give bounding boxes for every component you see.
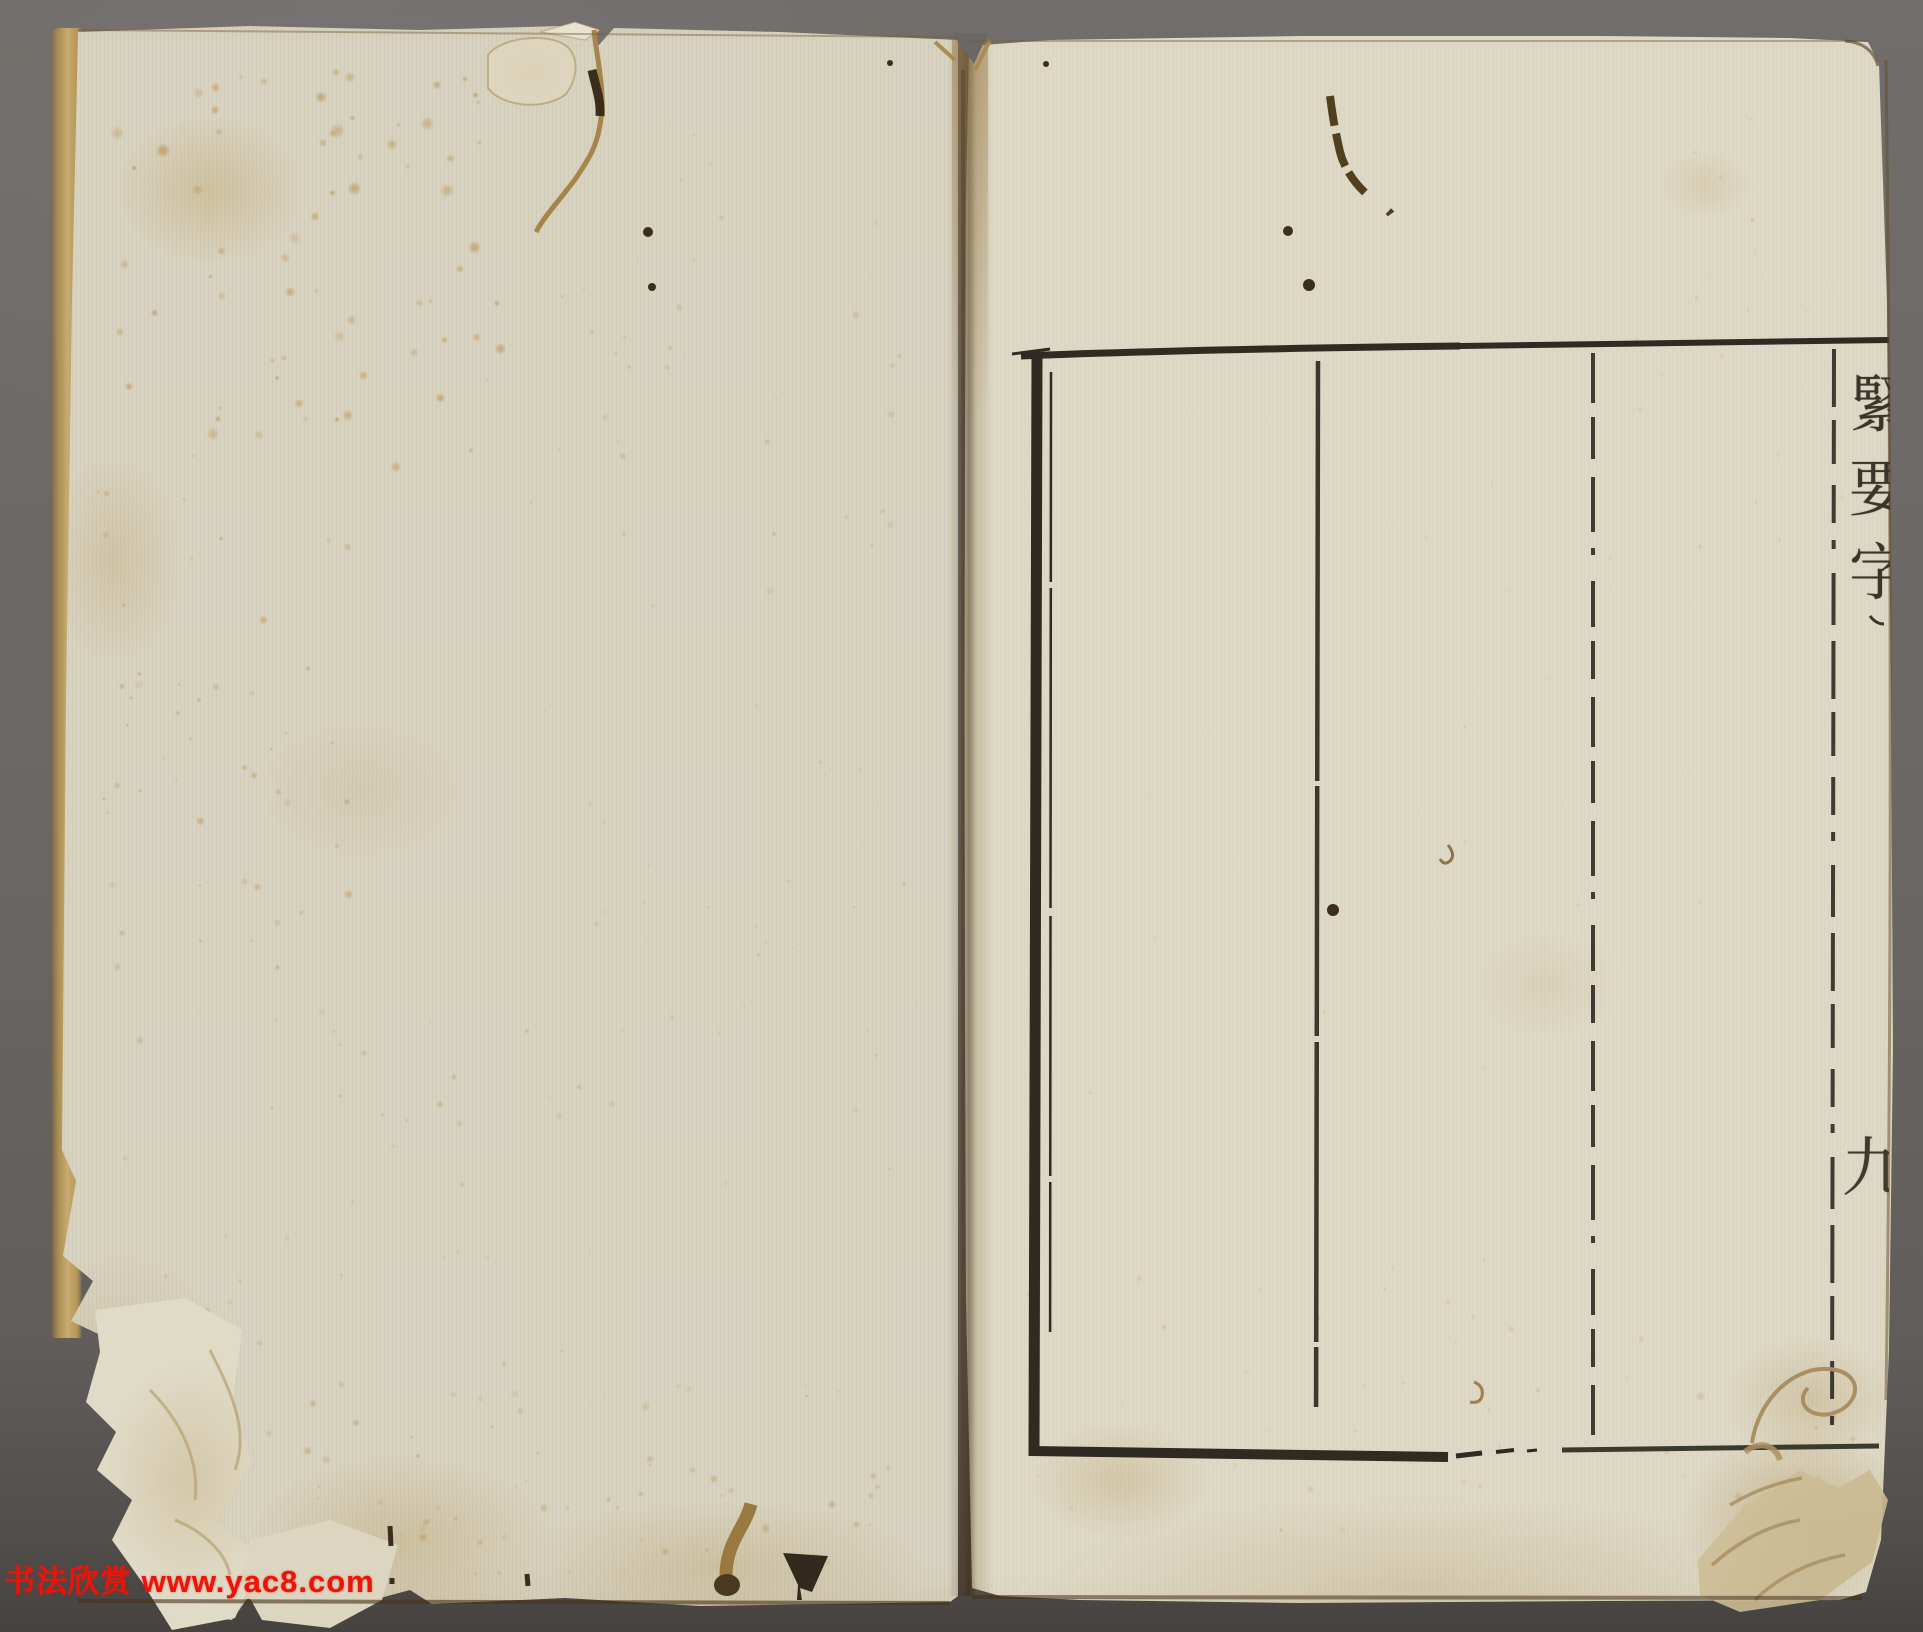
photo-stage: 緊要字 九 书法欣赏 www.yac8.com — [0, 0, 1923, 1632]
folio-clip: 九 — [1842, 1128, 1889, 1212]
column-divider-3 — [1832, 349, 1834, 1444]
wormhole-dots — [643, 60, 1339, 916]
margin-title-vertical: 緊要字 — [1849, 364, 1890, 616]
printed-frame — [1012, 340, 1889, 1457]
dark-hole-triangle — [783, 1553, 828, 1600]
pale-stain-outline — [488, 38, 576, 105]
small-marks-left-bottom — [390, 1526, 528, 1586]
gutter-notch — [952, 33, 988, 64]
worm-track-right-page — [1330, 96, 1391, 214]
frame-top-border — [1012, 340, 1889, 356]
small-curl-mid — [1440, 845, 1453, 863]
page-edge-rims — [78, 30, 1890, 1603]
top-edge-flap — [540, 22, 600, 40]
margin-title-clip: 緊要字 — [1849, 364, 1890, 646]
frame-left-border — [1034, 354, 1051, 1456]
crease-loop — [1752, 1369, 1855, 1443]
small-hook-lower — [1470, 1382, 1482, 1402]
watermark-text: 书法欣赏 www.yac8.com — [4, 1556, 375, 1601]
burn-squiggle-blob — [714, 1574, 740, 1596]
crease-lines-bottom-left — [150, 1350, 240, 1575]
column-divider-1 — [1316, 361, 1318, 1451]
paper-damage — [150, 22, 1884, 1600]
crease-lines-bottom-right — [1712, 1445, 1845, 1600]
ink-layer — [0, 0, 1923, 1632]
folio-number: 九 — [1842, 1128, 1889, 1208]
